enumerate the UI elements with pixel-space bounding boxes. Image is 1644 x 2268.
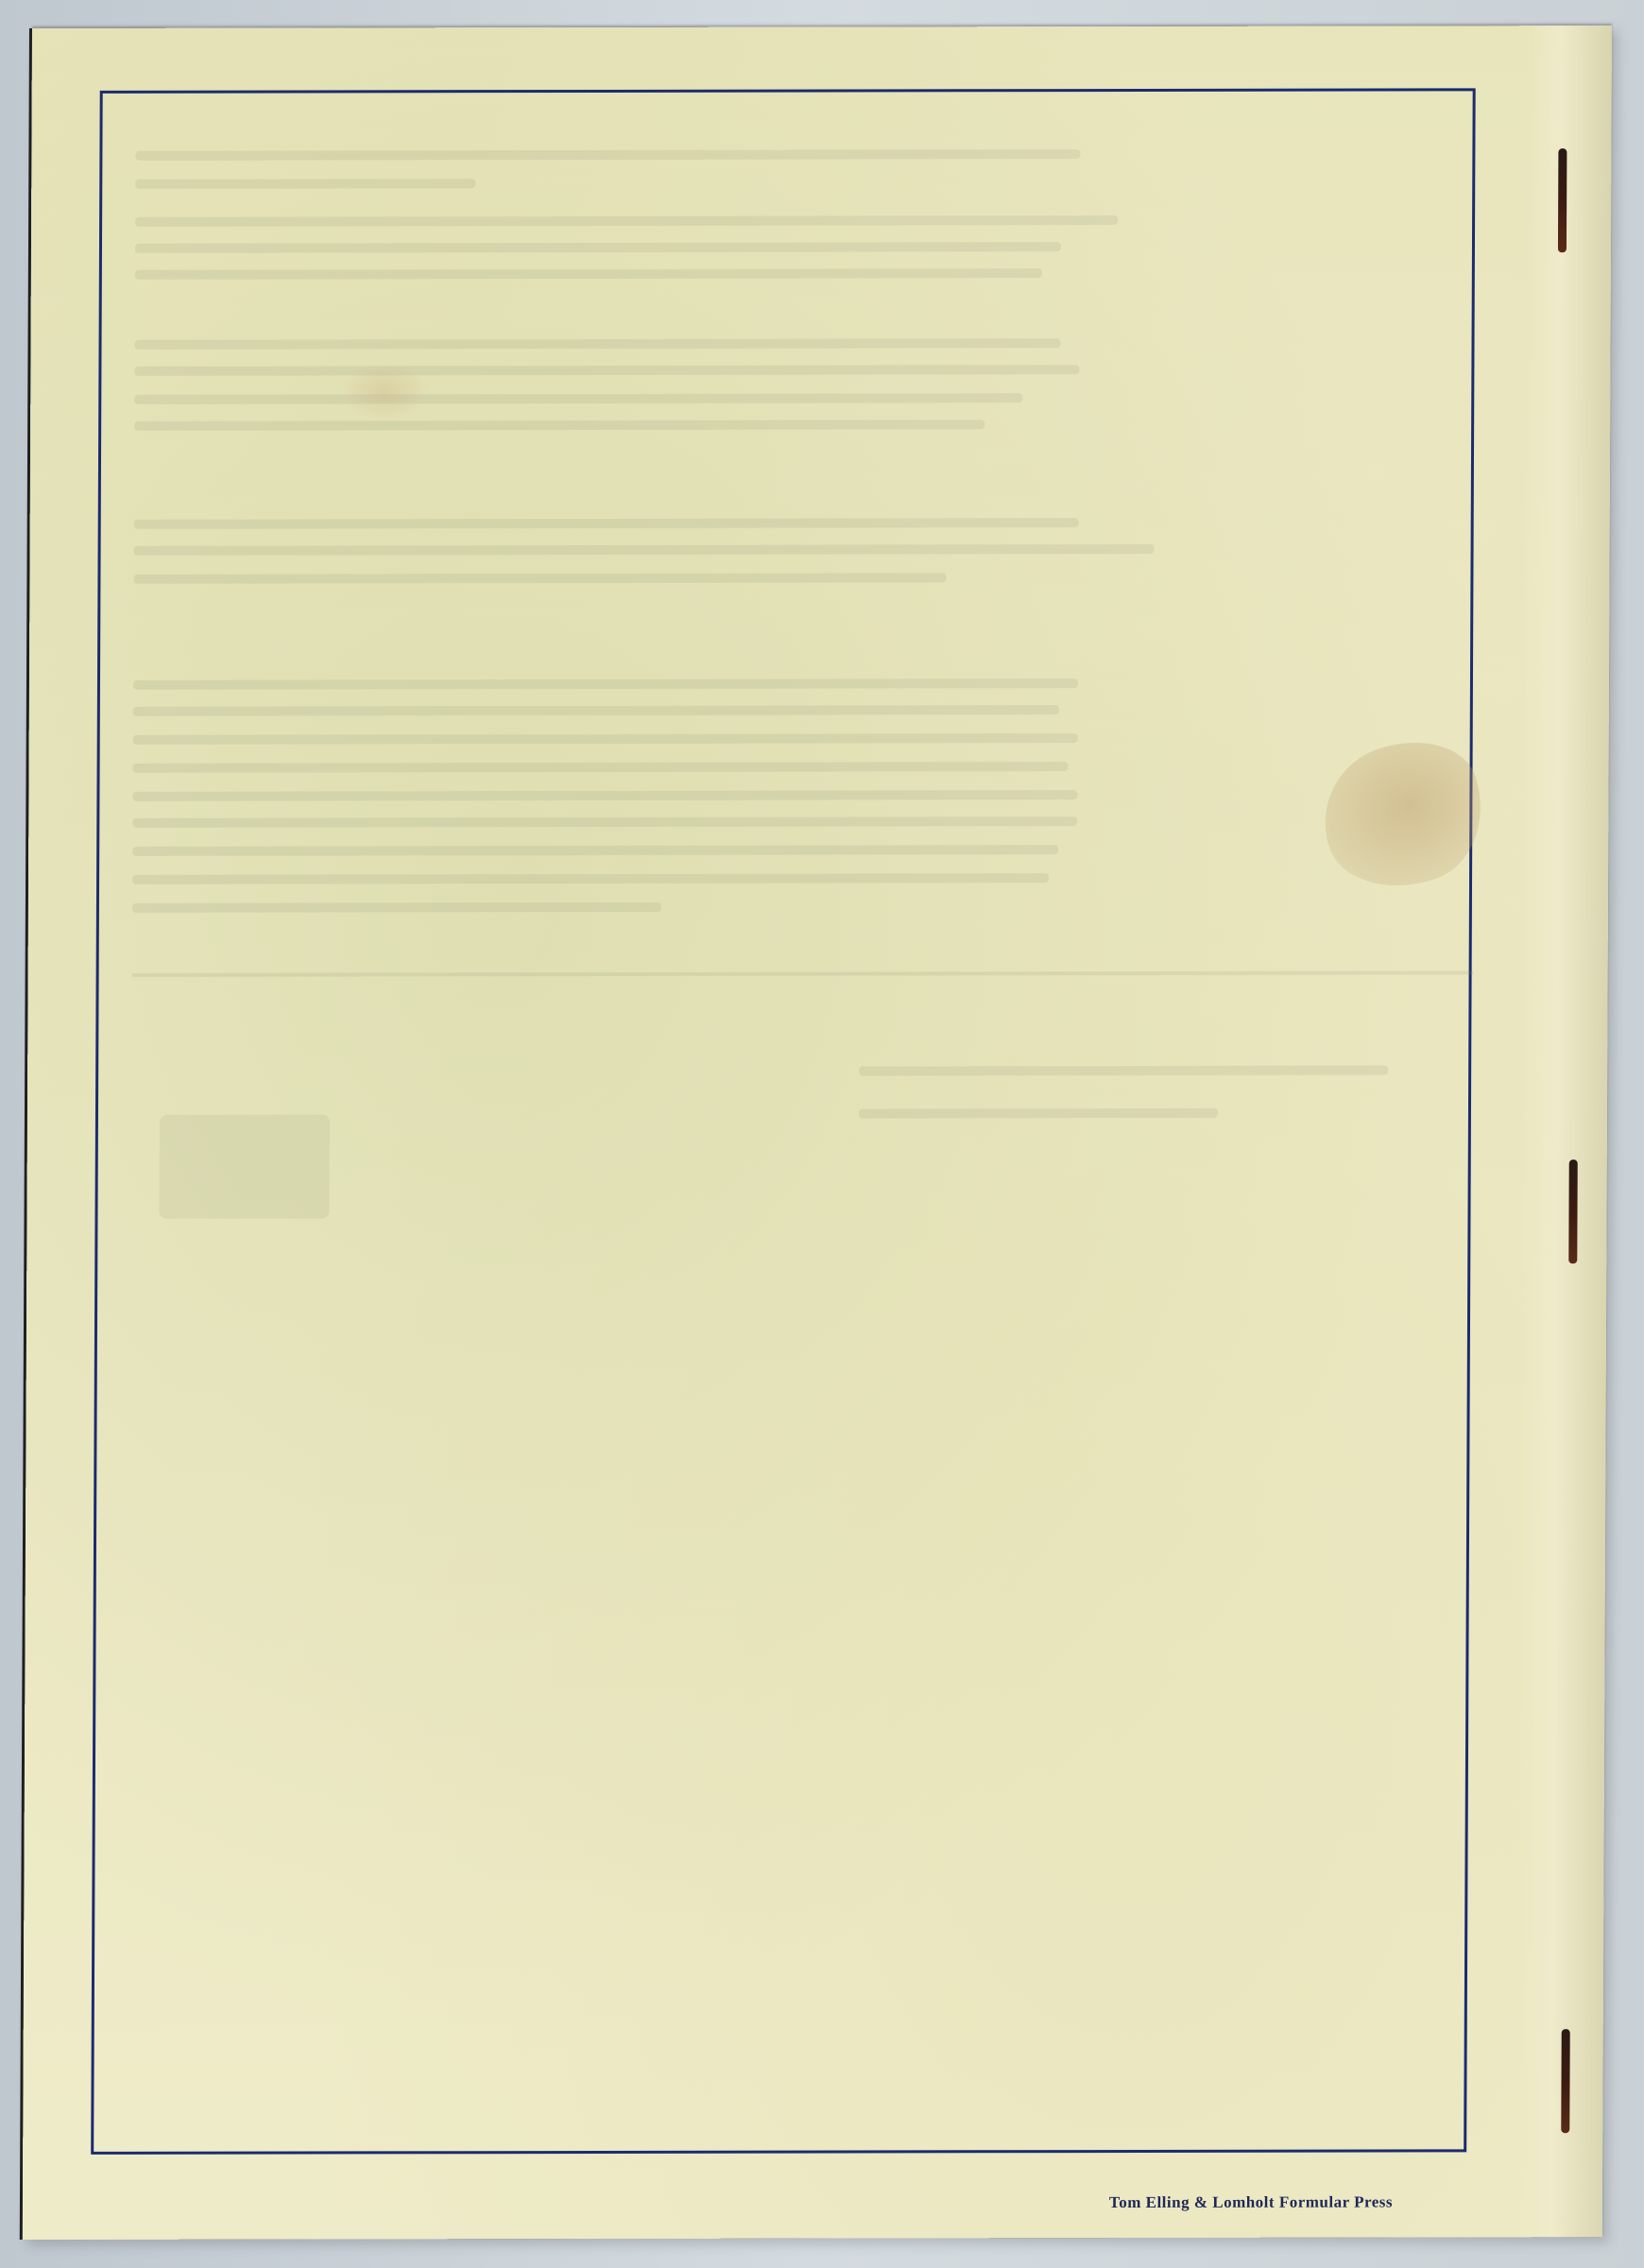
bleed-through-text — [32, 26, 1612, 28]
staple-middle — [1568, 1160, 1577, 1263]
staple-top — [1558, 148, 1567, 252]
bleed-through-logo — [160, 1114, 330, 1218]
small-stain — [342, 363, 427, 420]
paper-sheet: Tom Elling & Lomholt Formular Press — [23, 26, 1612, 2240]
staple-bottom — [1561, 2029, 1569, 2133]
printer-imprint: Tom Elling & Lomholt Formular Press — [1109, 2193, 1393, 2213]
spine-shade — [1517, 26, 1612, 2237]
